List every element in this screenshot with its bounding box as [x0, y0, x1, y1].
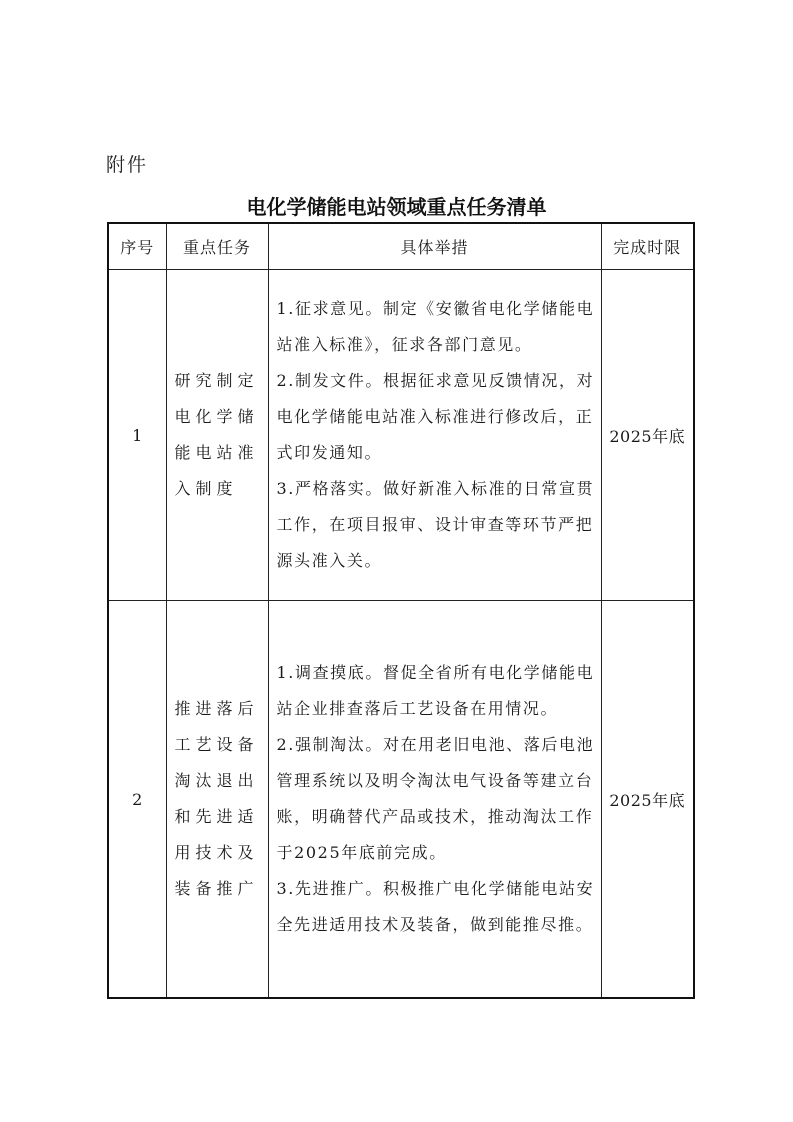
row-measures: 1.调查摸底。督促全省所有电化学储能电站企业排查落后工艺设备在用情况。 2.强制… [268, 601, 601, 999]
row-task: 研究制定电化学储能电站准入制度 [166, 270, 268, 601]
table-row: 1 研究制定电化学储能电站准入制度 1.征求意见。制定《安徽省电化学储能电站准入… [108, 270, 694, 601]
measure-item: 3.严格落实。做好新准入标准的日常宣贯工作，在项目报审、设计审查等环节严把源头准… [277, 471, 595, 579]
row-measures: 1.征求意见。制定《安徽省电化学储能电站准入标准》，征求各部门意见。 2.制发文… [268, 270, 601, 601]
row-index: 1 [108, 270, 166, 601]
measure-item: 1.征求意见。制定《安徽省电化学储能电站准入标准》，征求各部门意见。 [277, 291, 595, 363]
row-deadline: 2025年底 [601, 601, 694, 999]
header-index: 序号 [108, 223, 166, 270]
measure-item: 3.先进推广。积极推广电化学储能电站安全先进适用技术及装备，做到能推尽推。 [277, 871, 595, 943]
row-deadline: 2025年底 [601, 270, 694, 601]
measure-item: 2.制发文件。根据征求意见反馈情况，对电化学储能电站准入标准进行修改后，正式印发… [277, 363, 595, 471]
row-index: 2 [108, 601, 166, 999]
measure-item: 1.调查摸底。督促全省所有电化学储能电站企业排查落后工艺设备在用情况。 [277, 655, 595, 727]
row-task: 推进落后工艺设备淘汰退出和先进适用技术及装备推广 [166, 601, 268, 999]
header-task: 重点任务 [166, 223, 268, 270]
attachment-label: 附件 [106, 150, 148, 177]
document-title: 电化学储能电站领域重点任务清单 [0, 191, 793, 220]
header-deadline: 完成时限 [601, 223, 694, 270]
table-row: 2 推进落后工艺设备淘汰退出和先进适用技术及装备推广 1.调查摸底。督促全省所有… [108, 601, 694, 999]
header-measures: 具体举措 [268, 223, 601, 270]
table-header-row: 序号 重点任务 具体举措 完成时限 [108, 223, 694, 270]
measure-item: 2.强制淘汰。对在用老旧电池、落后电池管理系统以及明令淘汰电气设备等建立台账，明… [277, 727, 595, 871]
task-list-table: 序号 重点任务 具体举措 完成时限 1 研究制定电化学储能电站准入制度 1.征求… [107, 222, 695, 999]
